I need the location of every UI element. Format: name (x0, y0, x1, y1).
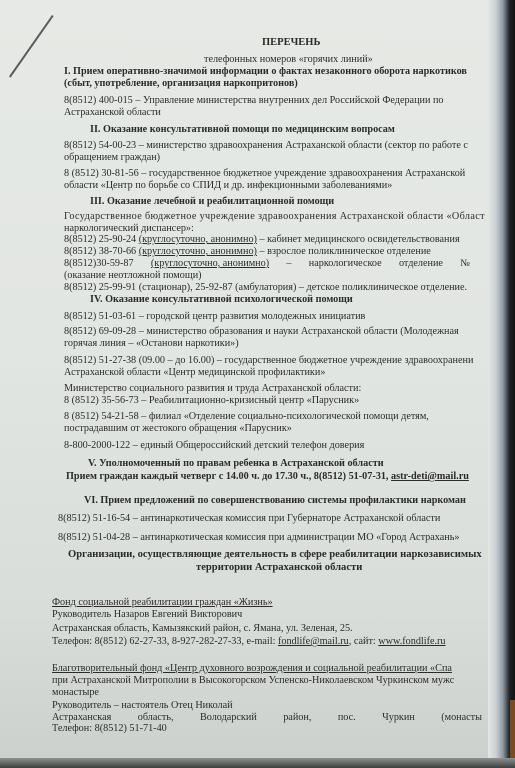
s4-entry-6: 8-800-2000-122 – единый Общероссийский д… (64, 440, 364, 452)
section-3-heading: III. Оказание лечебной и реабилитационно… (90, 196, 334, 208)
s4-entry-3: 8(8512) 51-27-38 (09.00 – до 16.00) – го… (64, 355, 473, 367)
s3-entry-3: 8(8512)30-59-87 (круглосуточно, анонимно… (64, 258, 470, 270)
phone: 8(8512)30-59-87 (64, 258, 134, 270)
note: (круглосуточно, анонимно) (139, 246, 257, 257)
section-1-heading-cont: (сбыт, употребление, организация наркопр… (64, 78, 298, 90)
desc: – взрослое поликлиническое отделение (260, 246, 431, 257)
s4-entry-4: Министерство социального развития и труд… (64, 383, 361, 395)
table-surface (510, 700, 515, 760)
org-2-name-cont: при Астраханской Митрополии в Высокогорс… (52, 675, 454, 687)
orgs-heading: Организации, осуществляющие деятельность… (68, 549, 482, 561)
org-1-name: Фонд социальной реабилитации граждан «Жи… (52, 597, 273, 609)
org-1-site-link[interactable]: www.fondlife.ru (378, 636, 445, 647)
s4-entry-2-cont: горячая линия – «Останови наркотики») (64, 338, 239, 350)
s6-entry-2: 8(8512) 51-04-28 – антинаркотическая ком… (58, 532, 459, 544)
s3-entry-2: 8(8512) 38-70-66 (круглосуточно, анонимн… (64, 246, 431, 258)
note: (круглосуточно, анонимно) (139, 234, 257, 245)
s4-entry-5-cont: пострадавшим от жестокого обращения «Пар… (64, 423, 292, 435)
phone: 8(8512) 38-70-66 (64, 246, 136, 257)
section-1-heading: I. Прием оперативно-значимой информации … (64, 66, 467, 78)
section-5-heading: V. Уполномоченный по правам ребенка в Ас… (88, 458, 384, 470)
word: (монасты (441, 712, 482, 724)
org-1-address: Астраханская область, Камызякский район,… (52, 623, 353, 635)
section-6-heading: VI. Прием предложений по совершенствован… (84, 495, 466, 507)
word: район, (283, 712, 311, 724)
org-1-phone: Телефон: 8(8512) 62-27-33, 8-927-282-27-… (52, 636, 275, 647)
org-1-contacts: Телефон: 8(8512) 62-27-33, 8-927-282-27-… (52, 636, 446, 648)
org-2-name: Благотворительный фонд «Центр духовного … (52, 663, 452, 675)
s3-entry-1: 8(8512) 25-90-24 (круглосуточно, анонимн… (64, 234, 460, 246)
s3-entry-4: 8(8512) 25-99-91 (стационар), 25-92-87 (… (64, 282, 467, 294)
s5-email-link[interactable]: astr-deti@mail.ru (391, 471, 469, 482)
s1-entry-1-cont: Астраханской области (64, 107, 161, 119)
phone: 8(8512) 25-90-24 (64, 234, 136, 245)
s1-entry-1: 8(8512) 400-015 – Управление министерств… (64, 95, 444, 107)
s3-intro: Государственное бюджетное учреждение здр… (64, 211, 485, 223)
orgs-heading-cont: территории Астраханской области (196, 562, 362, 574)
bottom-shadow (0, 758, 515, 768)
desc: – кабинет медицинского освидетельствован… (260, 234, 460, 245)
org-1-head: Руководитель Назаров Евгений Викторович (52, 609, 242, 621)
s2-entry-1: 8(8512) 54-00-23 – министерство здравоох… (64, 140, 468, 152)
s4-entry-1: 8(8512) 51-03-61 – городской центр разви… (64, 311, 365, 323)
s3-entry-3-cont: (оказание неотложной помощи) (64, 270, 202, 282)
word: Володарский (200, 712, 257, 724)
word: отделение (399, 258, 443, 270)
s4-entry-3-cont: Астраханской области «Центр медицинской … (64, 367, 325, 379)
note: (круглосуточно, анонимно) (151, 258, 269, 270)
org-2-head: Руководитель – настоятель Отец Николай (52, 700, 233, 712)
doc-title: ПЕРЕЧЕНЬ (262, 37, 320, 49)
word: Чуркин (382, 712, 415, 724)
org-1-site-label: , сайт: (349, 636, 376, 647)
section-4-heading: IV. Оказание консультативной психологиче… (90, 294, 353, 306)
org-2-phone: Телефон: 8(8512) 51-71-40 (52, 723, 167, 735)
s5-line: Прием граждан каждый четверг с 14.00 ч. … (66, 471, 469, 483)
s2-entry-1-cont: обращением граждан) (64, 152, 160, 164)
s4-entry-5: 8 (8512) 54-21-58 – филиал «Отделение со… (64, 411, 429, 423)
word: пос. (338, 712, 356, 724)
s4-entry-2: 8(8512) 69-09-28 – министерство образова… (64, 326, 459, 338)
word: наркологическое (309, 258, 382, 270)
s4-entry-4-cont: 8 (8512) 35-56-73 – Реабилитационно-криз… (64, 395, 359, 407)
s6-entry-1: 8(8512) 51-16-54 – антинаркотическая ком… (58, 513, 440, 525)
org-2-name-cont-2: монастыре (52, 687, 99, 699)
doc-subtitle: телефонных номеров «горячих линий» (204, 54, 373, 66)
s2-entry-2: 8 (8512) 30-81-56 – государственное бюдж… (64, 168, 465, 180)
section-2-heading: II. Оказание консультативной помощи по м… (90, 124, 395, 136)
page-edge (488, 0, 515, 768)
dash: – (286, 258, 291, 270)
s5-text: Прием граждан каждый четверг с 14.00 ч. … (66, 471, 388, 482)
word: № (460, 258, 470, 270)
s2-entry-2-cont: области «Центр по борьбе со СПИД и др. и… (64, 180, 392, 192)
org-1-email-link[interactable]: fondlife@mail.ru (278, 636, 349, 647)
